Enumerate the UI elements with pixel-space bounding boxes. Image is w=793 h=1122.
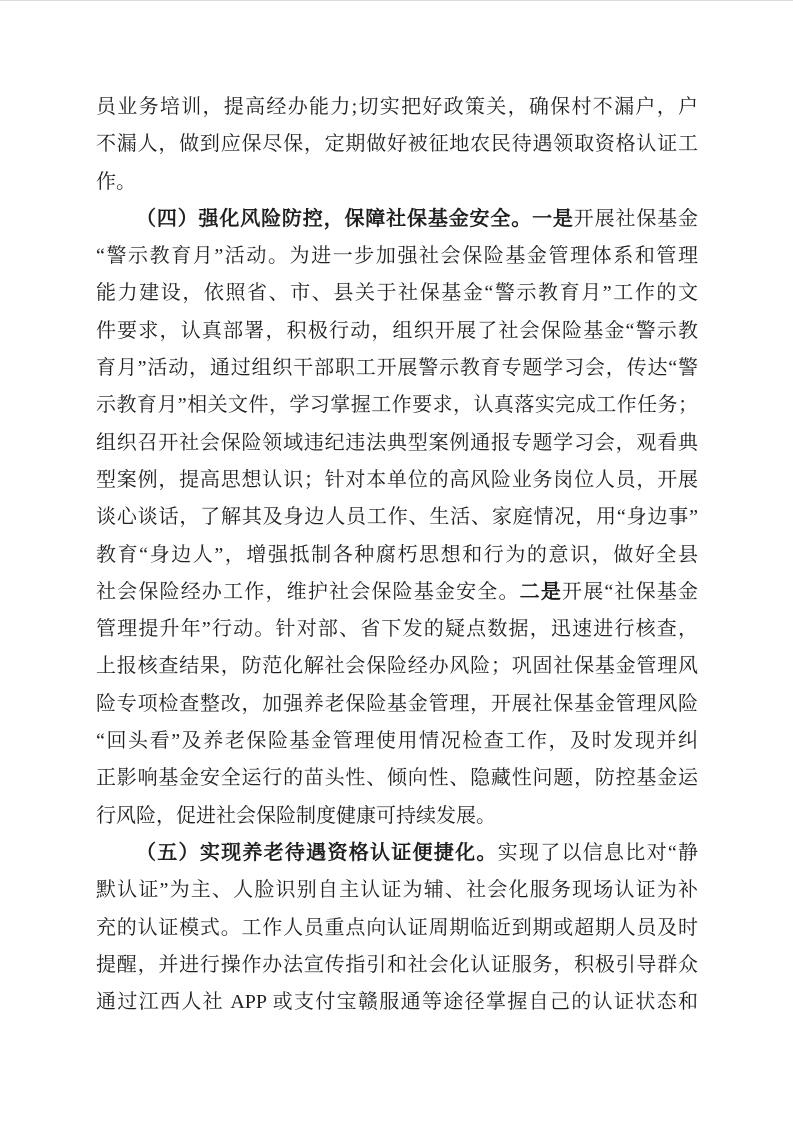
text-line: 示教育月”相关文件，学习掌握工作要求，认真落实完成工作任务； — [96, 387, 698, 424]
text-line: 教育“身边人”，增强抵制各种腐朽思想和行为的意识，做好全县 — [96, 537, 698, 574]
text-line: 型案例，提高思想认识；针对本单位的高风险业务岗位人员，开展 — [96, 462, 698, 499]
body-text: 管理提升年”行动。针对部、省下发的疑点数据，迅速进行核查， — [96, 618, 698, 640]
body-text: 险专项检查整改，加强养老保险基金管理，开展社保基金管理风险 — [96, 693, 698, 715]
body-text: 育月”活动，通过组织干部职工开展警示教育专题学习会，传达“警 — [96, 357, 698, 379]
body-text: 默认证”为主、人脸识别自主认证为辅、社会化服务现场认证为补 — [96, 879, 698, 901]
text-line: 不漏人，做到应保尽保，定期做好被征地农民待遇领取资格认证工 — [96, 126, 698, 163]
text-line: 通过江西人社 APP 或支付宝赣服通等途径掌握自己的认证状态和 — [96, 984, 698, 1021]
bold-text: （五）实现养老待遇资格认证便捷化。 — [136, 842, 498, 864]
body-text: 组织召开社会保险领域违纪违法典型案例通报专题学习会，观看典 — [96, 432, 698, 454]
body-text: 实现了以信息比对“静 — [498, 842, 698, 864]
text-line: “警示教育月”活动。为进一步加强社会保险基金管理体系和管理 — [96, 238, 698, 275]
text-line: “回头看”及养老保险基金管理使用情况检查工作，及时发现并纠 — [96, 723, 698, 760]
text-line: （四）强化风险防控，保障社保基金安全。一是开展社保基金 — [96, 201, 698, 238]
bold-text: （四）强化风险防控，保障社保基金安全。一是 — [136, 208, 574, 230]
body-text: “回头看”及养老保险基金管理使用情况检查工作，及时发现并纠 — [96, 730, 698, 752]
text-line: 提醒，并进行操作办法宣传指引和社会化认证服务，积极引导群众 — [96, 947, 698, 984]
text-line: （五）实现养老待遇资格认证便捷化。实现了以信息比对“静 — [96, 835, 698, 872]
text-line: 员业务培训，提高经办能力;切实把好政策关，确保村不漏户，户 — [96, 89, 698, 126]
paragraph: （五）实现养老待遇资格认证便捷化。实现了以信息比对“静默认证”为主、人脸识别自主… — [96, 835, 698, 1021]
body-text: 型案例，提高思想认识；针对本单位的高风险业务岗位人员，开展 — [96, 469, 698, 491]
text-line: 行风险，促进社会保险制度健康可持续发展。 — [96, 798, 698, 835]
body-text: 教育“身边人”，增强抵制各种腐朽思想和行为的意识，做好全县 — [96, 544, 698, 566]
body-text: 上报核查结果，防范化解社会保险经办风险；巩固社保基金管理风 — [96, 655, 698, 677]
page-top-edge-line — [0, 0, 793, 1]
text-line: 默认证”为主、人脸识别自主认证为辅、社会化服务现场认证为补 — [96, 872, 698, 909]
body-text: 正影响基金安全运行的苗头性、倾向性、隐藏性问题，防控基金运 — [96, 767, 698, 789]
body-text: 开展社保基金 — [574, 208, 698, 230]
body-text: “警示教育月”活动。为进一步加强社会保险基金管理体系和管理 — [96, 245, 698, 267]
text-line: 作。 — [96, 164, 698, 201]
body-text: 充的认证模式。工作人员重点向认证周期临近到期或超期人员及时 — [96, 917, 698, 939]
text-line: 上报核查结果，防范化解社会保险经办风险；巩固社保基金管理风 — [96, 648, 698, 685]
body-text: 件要求，认真部署，积极行动，组织开展了社会保险基金“警示教 — [96, 320, 698, 342]
text-line: 充的认证模式。工作人员重点向认证周期临近到期或超期人员及时 — [96, 910, 698, 947]
document-body: 员业务培训，提高经办能力;切实把好政策关，确保村不漏户，户不漏人，做到应保尽保，… — [96, 89, 698, 1021]
body-text: 谈心谈话，了解其及身边人员工作、生活、家庭情况，用“身边事” — [96, 506, 698, 528]
body-text: 社会保险经办工作，维护社会保险基金安全。 — [96, 581, 520, 603]
document-page: 员业务培训，提高经办能力;切实把好政策关，确保村不漏户，户不漏人，做到应保尽保，… — [0, 0, 793, 1122]
body-text: 提醒，并进行操作办法宣传指引和社会化认证服务，积极引导群众 — [96, 954, 698, 976]
body-text: 能力建设，依照省、市、县关于社保基金“警示教育月”工作的文 — [96, 282, 698, 304]
body-text: 行风险，促进社会保险制度健康可持续发展。 — [96, 805, 496, 827]
body-text: 示教育月”相关文件，学习掌握工作要求，认真落实完成工作任务； — [96, 394, 698, 416]
body-text: 通过江西人社 APP 或支付宝赣服通等途径掌握自己的认证状态和 — [96, 991, 698, 1013]
body-text: 作。 — [96, 171, 136, 193]
text-line: 谈心谈话，了解其及身边人员工作、生活、家庭情况，用“身边事” — [96, 499, 698, 536]
text-line: 社会保险经办工作，维护社会保险基金安全。二是开展“社保基金 — [96, 574, 698, 611]
text-line: 管理提升年”行动。针对部、省下发的疑点数据，迅速进行核查， — [96, 611, 698, 648]
bold-text: 二是 — [520, 581, 562, 603]
text-line: 能力建设，依照省、市、县关于社保基金“警示教育月”工作的文 — [96, 275, 698, 312]
text-line: 件要求，认真部署，积极行动，组织开展了社会保险基金“警示教 — [96, 313, 698, 350]
paragraph: （四）强化风险防控，保障社保基金安全。一是开展社保基金“警示教育月”活动。为进一… — [96, 201, 698, 835]
text-line: 组织召开社会保险领域违纪违法典型案例通报专题学习会，观看典 — [96, 425, 698, 462]
paragraph: 员业务培训，提高经办能力;切实把好政策关，确保村不漏户，户不漏人，做到应保尽保，… — [96, 89, 698, 201]
text-line: 正影响基金安全运行的苗头性、倾向性、隐藏性问题，防控基金运 — [96, 760, 698, 797]
body-text: 不漏人，做到应保尽保，定期做好被征地农民待遇领取资格认证工 — [96, 133, 698, 155]
text-line: 育月”活动，通过组织干部职工开展警示教育专题学习会，传达“警 — [96, 350, 698, 387]
text-line: 险专项检查整改，加强养老保险基金管理，开展社保基金管理风险 — [96, 686, 698, 723]
body-text: 开展“社保基金 — [562, 581, 698, 603]
body-text: 员业务培训，提高经办能力;切实把好政策关，确保村不漏户，户 — [96, 96, 698, 118]
